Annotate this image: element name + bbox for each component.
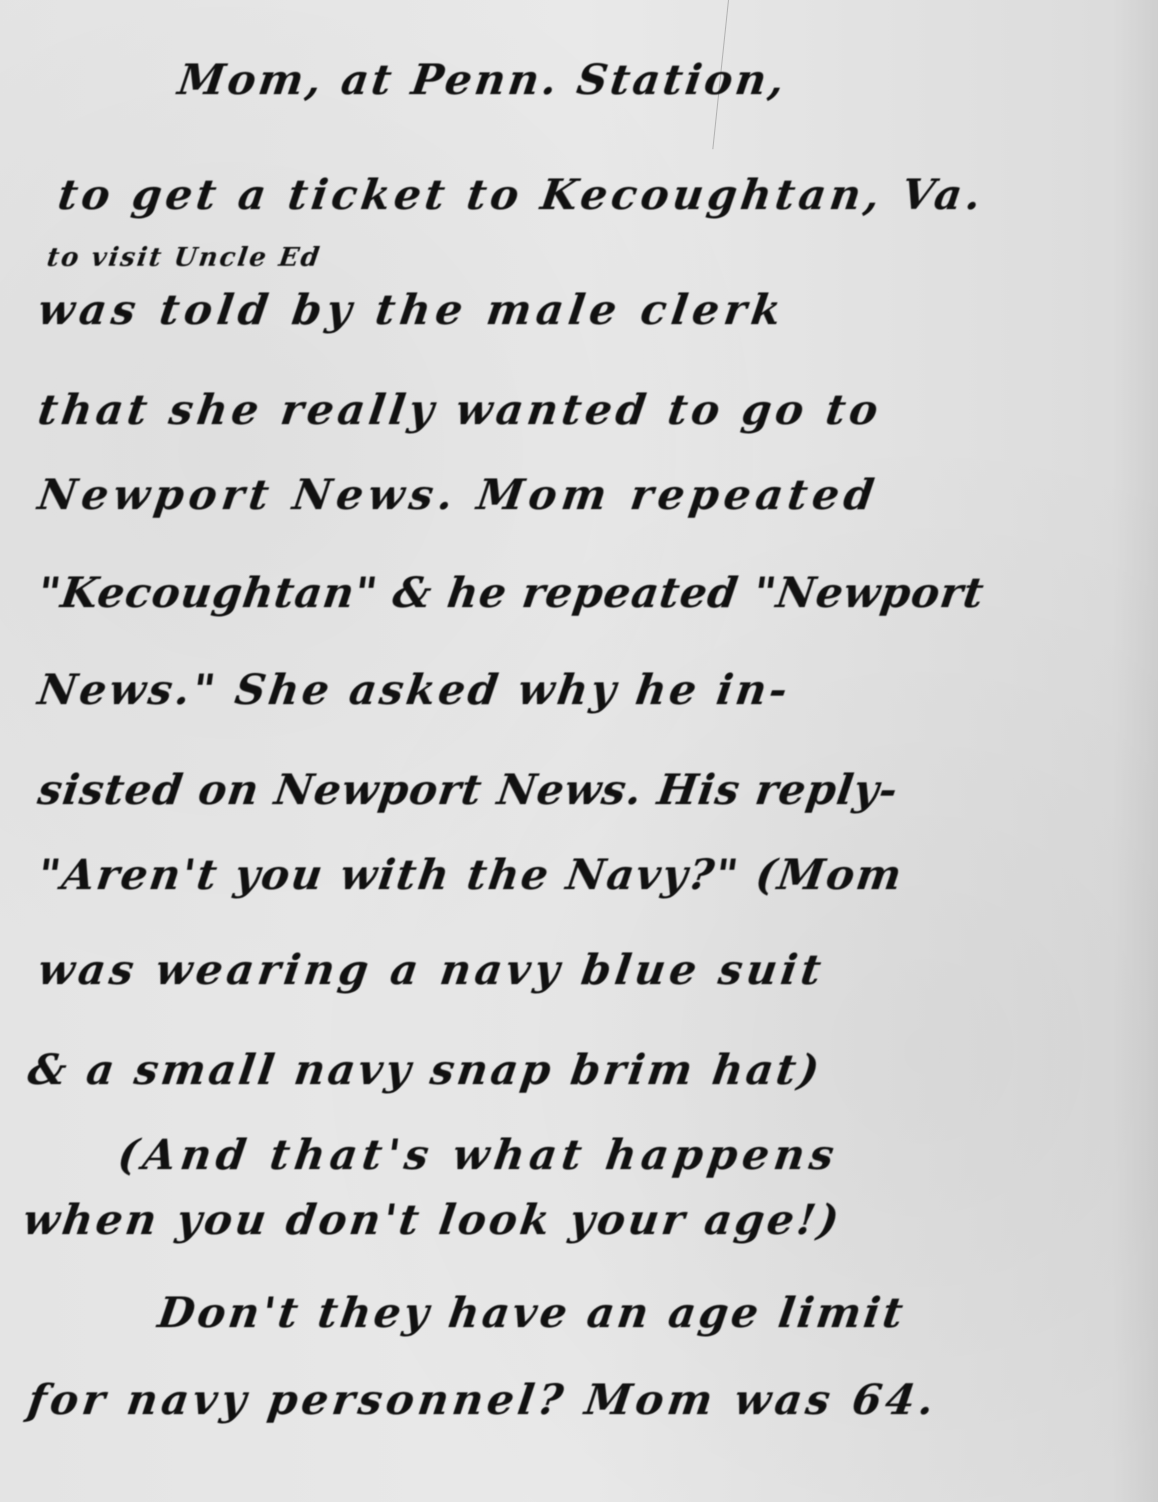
text-line-4: that she really wanted to go to — [35, 385, 885, 434]
text-line-2: to get a ticket to Kecoughtan, Va. — [55, 170, 988, 219]
text-line-7: News." She asked why he in- — [35, 665, 793, 714]
text-line-9: "Aren't you with the Navy?" (Mom — [35, 850, 906, 899]
text-line-11: & a small navy snap brim hat) — [25, 1045, 825, 1094]
text-line-12: (And that's what happens — [115, 1130, 842, 1179]
text-line-inserted: to visit Uncle Ed — [45, 243, 323, 273]
text-line-14: Don't they have an age limit — [155, 1288, 909, 1337]
text-line-6: "Kecoughtan" & he repeated "Newport — [35, 568, 987, 617]
text-line-1: Mom, at Penn. Station, — [175, 55, 790, 104]
text-line-3: was told by the male clerk — [35, 285, 789, 334]
text-line-8: sisted on Newport News. His reply- — [35, 765, 901, 814]
text-line-10: was wearing a navy blue suit — [35, 945, 828, 994]
text-line-15: for navy personnel? Mom was 64. — [25, 1375, 941, 1424]
handwritten-letter-page: Mom, at Penn. Station, to get a ticket t… — [0, 0, 1158, 1502]
text-line-5: Newport News. Mom repeated — [35, 470, 882, 519]
text-line-13: when you don't look your age!) — [20, 1195, 845, 1244]
